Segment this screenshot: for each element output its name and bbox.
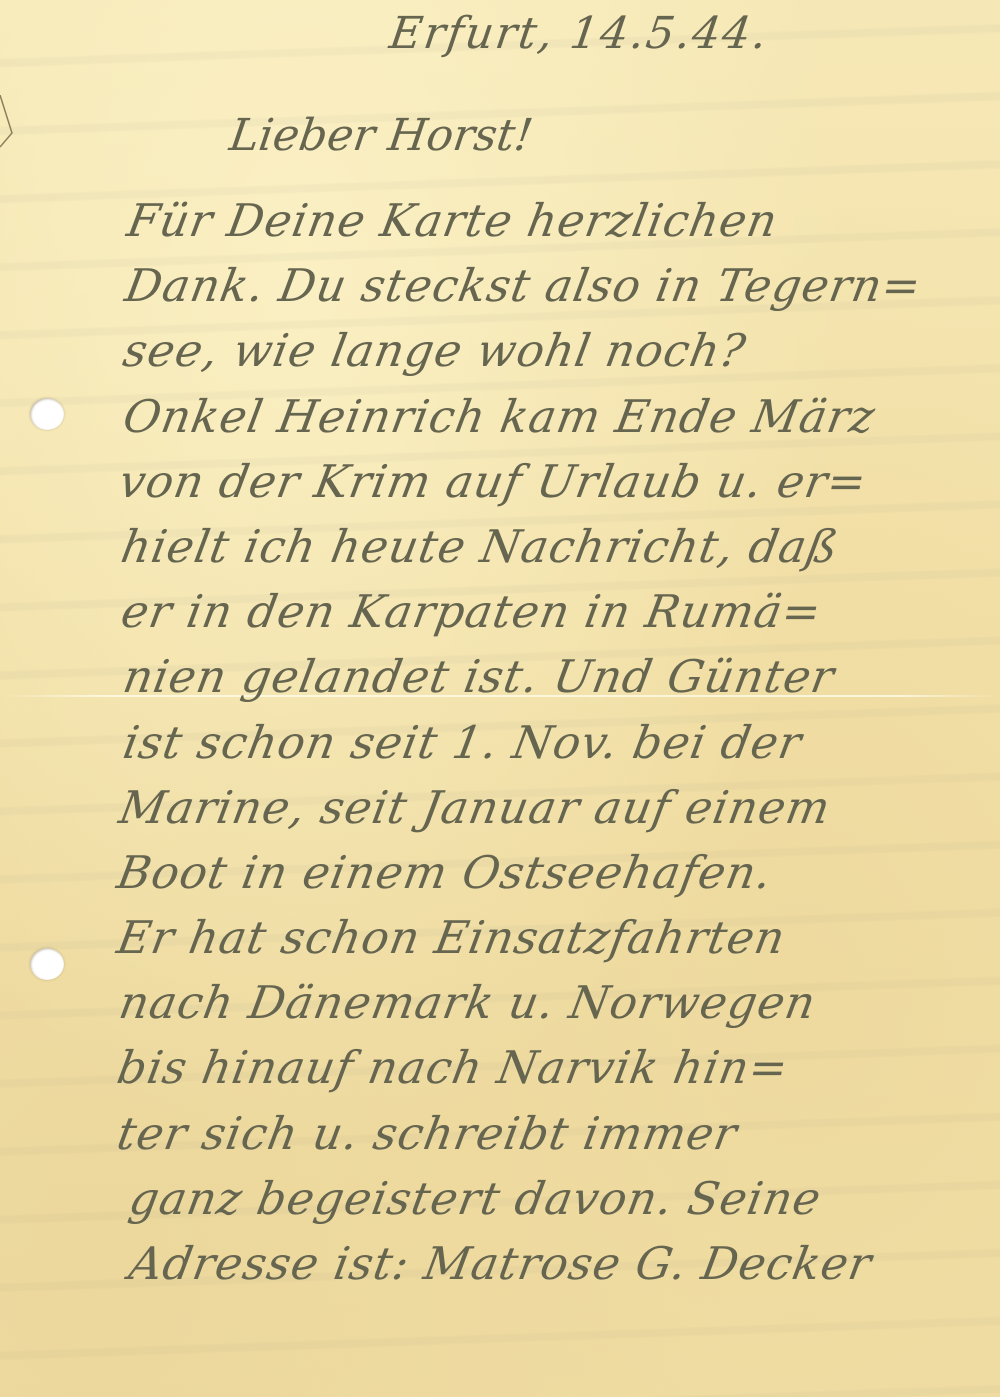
letter-line: ganz begeistert davon. Seine [112,1166,993,1231]
letter-line: Für Deine Karte herzlichen [112,188,993,253]
letter-line: von der Krim auf Urlaub u. er= [112,449,993,514]
letter-line: Adresse ist: Matrose G. Decker [112,1231,993,1296]
letter-line: Er hat schon Einsatzfahrten [112,905,993,970]
letter-line: er in den Karpaten in Rumä= [112,579,993,644]
handwritten-letter: Erfurt, 14.5.44. Lieber Horst! Für Deine… [0,0,1000,1397]
letter-line: nien gelandet ist. Und Günter [112,644,993,709]
letter-line: hielt ich heute Nachricht, daß [112,514,993,579]
letter-body: Für Deine Karte herzlichen Dank. Du stec… [118,188,988,1296]
letter-line: Boot in einem Ostseehafen. [112,840,993,905]
letter-line: see, wie lange wohl noch? [112,318,993,383]
letter-line: Dank. Du steckst also in Tegern= [112,253,993,318]
letter-page: Erfurt, 14.5.44. Lieber Horst! Für Deine… [0,0,1000,1397]
place-and-date: Erfurt, 14.5.44. [386,8,772,59]
salutation: Lieber Horst! [226,110,536,161]
letter-line: Onkel Heinrich kam Ende März [112,384,993,449]
letter-line: ter sich u. schreibt immer [112,1101,993,1166]
letter-line: bis hinauf nach Narvik hin= [112,1035,993,1100]
letter-line: nach Dänemark u. Norwegen [112,970,993,1035]
letter-line: ist schon seit 1. Nov. bei der [112,710,993,775]
letter-line: Marine, seit Januar auf einem [112,775,993,840]
